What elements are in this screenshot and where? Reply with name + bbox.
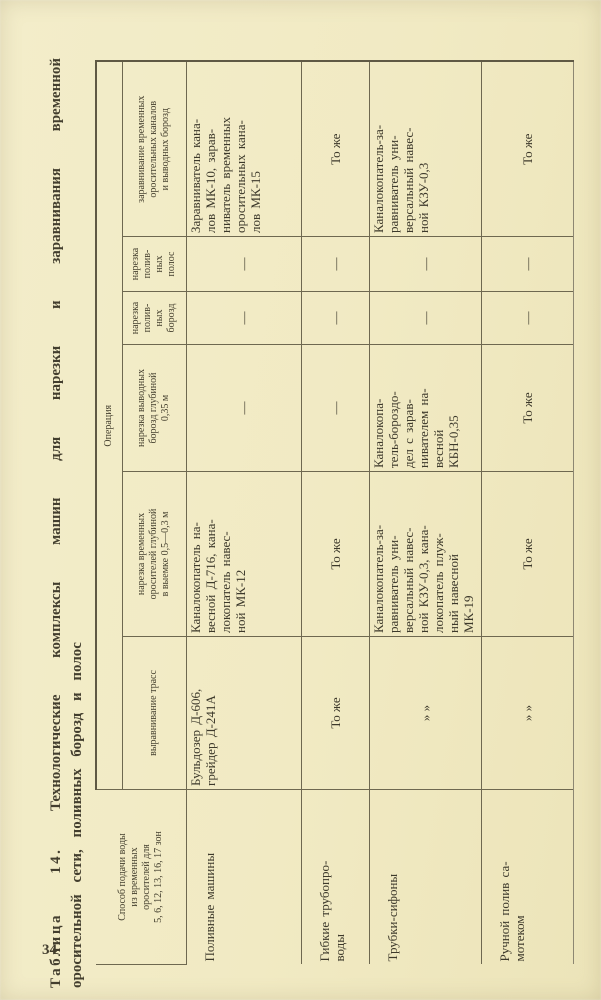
table-cell: —	[301, 237, 369, 292]
column-header-watering-furrows: нарезка полив- ных борозд	[122, 292, 186, 345]
row-label: Трубки-сифоны	[369, 790, 481, 965]
table-title-line1: Таблица 14. Технологические комплексы ма…	[46, 58, 67, 988]
table-cell: Каналокопатель-за- равниватель уни- верс…	[369, 61, 481, 236]
table-number-label: Таблица 14.	[48, 848, 64, 988]
table-cell: Заравниватель кана- лов МК-10, зарав- ни…	[186, 61, 301, 236]
table-cell: Бульдозер Д-606, грейдер Д-241А	[186, 637, 301, 790]
column-header-leveling: выравнивание трасс	[122, 637, 186, 790]
table-title: Таблица 14. Технологические комплексы ма…	[46, 58, 90, 988]
table-cell: Каналокопатель на- весной Д-716, кана- л…	[186, 472, 301, 637]
table-row: Ручной полив са- мотеком » » То же То же…	[481, 61, 573, 964]
table-cell: —	[369, 292, 481, 345]
table-title-text: Технологические комплексы машин для наре…	[48, 58, 64, 811]
operation-spanning-header: Операция	[96, 61, 122, 789]
machinery-table-wrapper: Способ подачи воды из временных оросител…	[95, 62, 572, 965]
table-row: Трубки-сифоны » » Каналокопатель-за- рав…	[369, 61, 481, 964]
scanned-book-page: Таблица 14. Технологические комплексы ма…	[0, 0, 601, 1000]
table-cell: —	[301, 292, 369, 345]
table-cell: То же	[301, 472, 369, 637]
table-row: Поливные машины Бульдозер Д-606, грейдер…	[186, 61, 301, 964]
table-cell: То же	[481, 345, 573, 472]
table-cell: —	[369, 237, 481, 292]
stub-header: Способ подачи воды из временных оросител…	[96, 790, 186, 965]
table-cell: —	[186, 237, 301, 292]
table-row: Гибкие трубопро- воды То же То же — — — …	[301, 61, 369, 964]
column-header-leveling-channels: заравнивание временных оросительных кана…	[122, 61, 186, 236]
column-header-outlet-furrows: нарезка выводных борозд глубиной 0,35 м	[122, 345, 186, 472]
table-title-line2: оросительной сети, поливных борозд и пол…	[67, 58, 88, 988]
table-cell: То же	[301, 637, 369, 790]
machinery-table: Способ подачи воды из временных оросител…	[95, 60, 574, 965]
row-label: Ручной полив са- мотеком	[481, 790, 573, 965]
operation-header-row: Способ подачи воды из временных оросител…	[96, 61, 122, 964]
table-cell: —	[481, 237, 573, 292]
column-header-temp-irrigators: нарезка временных оросителей глубиной в …	[122, 472, 186, 637]
table-cell: То же	[481, 61, 573, 236]
table-cell: Каналокопатель-за- равниватель уни- верс…	[369, 472, 481, 637]
table-cell: —	[186, 292, 301, 345]
table-cell: » »	[481, 637, 573, 790]
row-label: Гибкие трубопро- воды	[301, 790, 369, 965]
table-cell: То же	[301, 61, 369, 236]
row-label: Поливные машины	[186, 790, 301, 965]
table-cell: —	[481, 292, 573, 345]
table-cell: Каналокопа- тель-бороздо- дел с зарав- н…	[369, 345, 481, 472]
table-cell: » »	[369, 637, 481, 790]
page-number: 34	[42, 942, 57, 959]
table-cell: —	[186, 345, 301, 472]
column-header-watering-strips: нарезка полив- ных полос	[122, 237, 186, 292]
table-cell: —	[301, 345, 369, 472]
table-cell: То же	[481, 472, 573, 637]
